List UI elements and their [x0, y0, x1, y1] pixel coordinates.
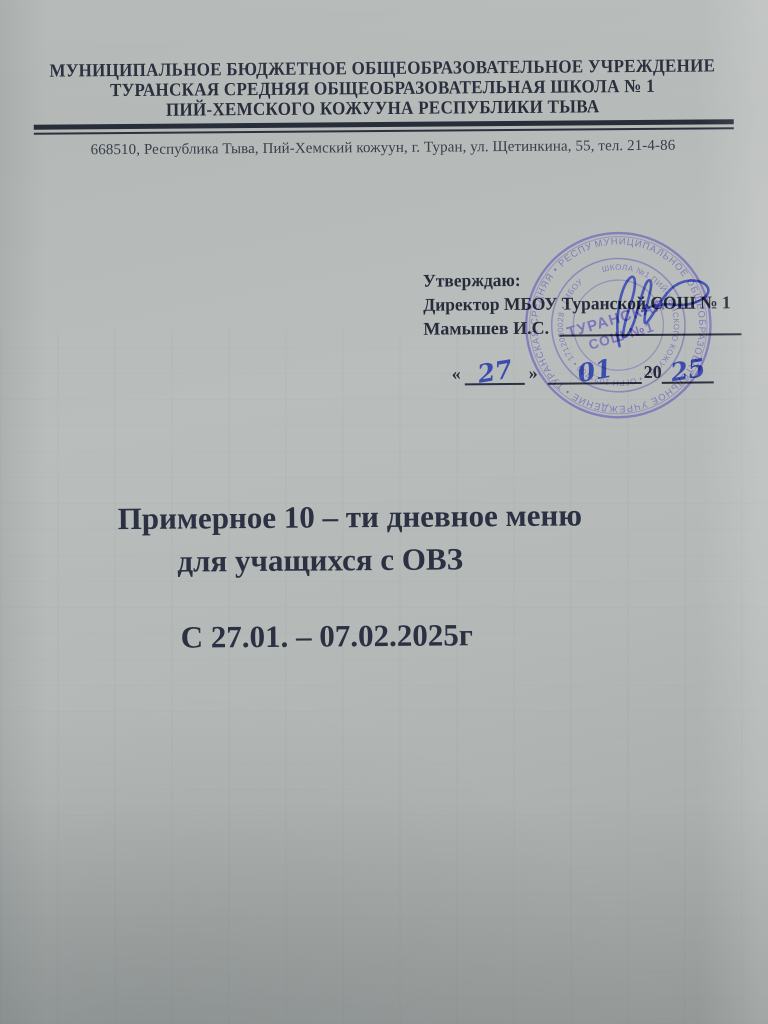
title-line2: для учащихся с ОВЗ — [9, 536, 631, 584]
date-day-field: 27 — [465, 357, 525, 385]
document-content: МУНИЦИПАЛЬНОЕ БЮДЖЕТНОЕ ОБЩЕОБРАЗОВАТЕЛЬ… — [0, 0, 768, 1024]
letterhead: МУНИЦИПАЛЬНОЕ БЮДЖЕТНОЕ ОБЩЕОБРАЗОВАТЕЛЬ… — [17, 56, 748, 160]
letterhead-divider — [34, 119, 734, 134]
handwritten-day: 27 — [476, 359, 514, 384]
title-line1: Примерное 10 – ти дневное меню — [39, 493, 661, 541]
signature-stroke — [617, 276, 709, 346]
document-title-block: Примерное 10 – ти дневное меню для учащи… — [39, 493, 662, 660]
org-name-line3: ПИЙ-ХЕМСКОГО КОЖУУНА РЕСПУБЛИКИ ТЫВА — [47, 96, 719, 121]
scanned-document-page: МУНИЦИПАЛЬНОЕ БЮДЖЕТНОЕ ОБЩЕОБРАЗОВАТЕЛЬ… — [0, 0, 768, 1024]
title-period: С 27.01. – 07.02.2025г — [16, 612, 638, 660]
date-quote-open: « — [452, 361, 461, 385]
handwritten-signature — [581, 257, 722, 353]
org-address: 668510, Республика Тыва, Пий-Хемский кож… — [18, 137, 748, 160]
